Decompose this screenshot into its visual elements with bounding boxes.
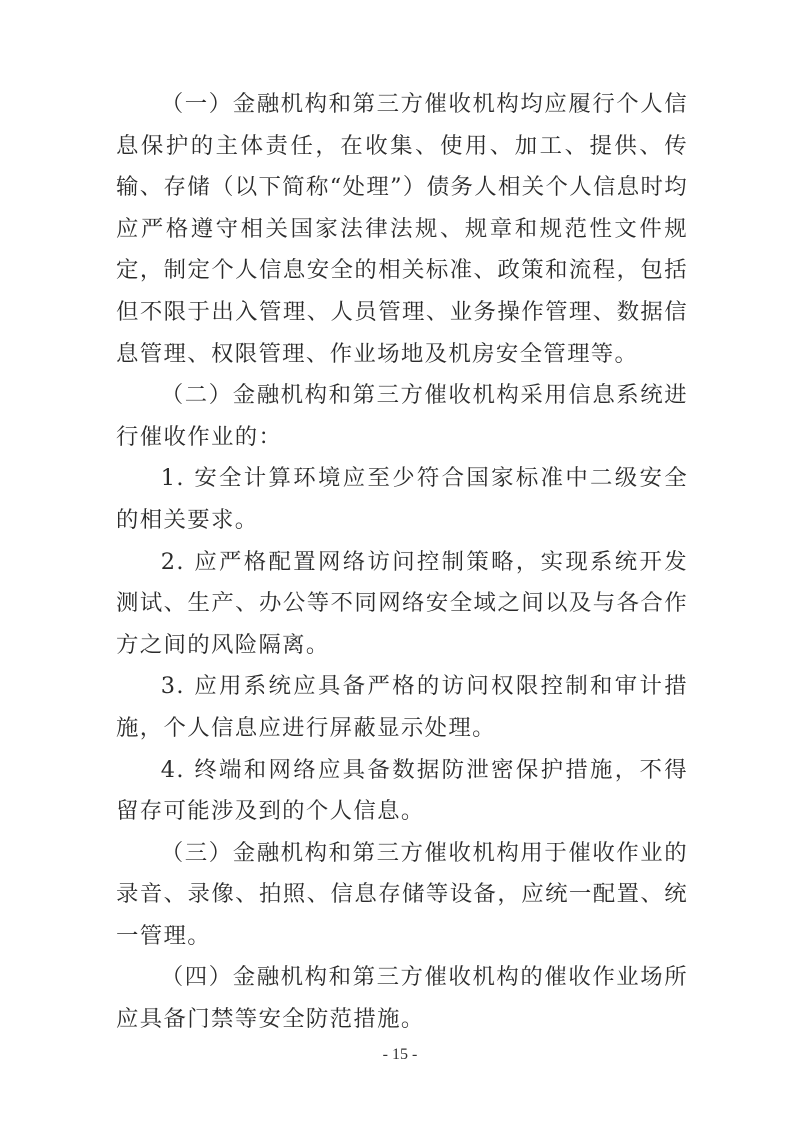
- paragraph-section-3: （三）金融机构和第三方催收机构用于催收作业的录音、录像、拍照、信息存储等设备，应…: [116, 833, 688, 958]
- paragraph-section-1: （一）金融机构和第三方催收机构均应履行个人信息保护的主体责任，在收集、使用、加工…: [116, 84, 688, 375]
- paragraph-item-2: 2. 应严格配置网络访问控制策略，实现系统开发测试、生产、办公等不同网络安全域之…: [116, 542, 688, 667]
- paragraph-item-3: 3. 应用系统应具备严格的访问权限控制和审计措施，个人信息应进行屏蔽显示处理。: [116, 666, 688, 749]
- page-number: - 15 -: [0, 1046, 800, 1064]
- document-page: （一）金融机构和第三方催收机构均应履行个人信息保护的主体责任，在收集、使用、加工…: [116, 84, 688, 1041]
- paragraph-section-2: （二）金融机构和第三方催收机构采用信息系统进行催收作业的：: [116, 375, 688, 458]
- paragraph-section-4: （四）金融机构和第三方催收机构的催收作业场所应具备门禁等安全防范措施。: [116, 957, 688, 1040]
- paragraph-item-1: 1. 安全计算环境应至少符合国家标准中二级安全的相关要求。: [116, 458, 688, 541]
- paragraph-item-4: 4. 终端和网络应具备数据防泄密保护措施，不得留存可能涉及到的个人信息。: [116, 750, 688, 833]
